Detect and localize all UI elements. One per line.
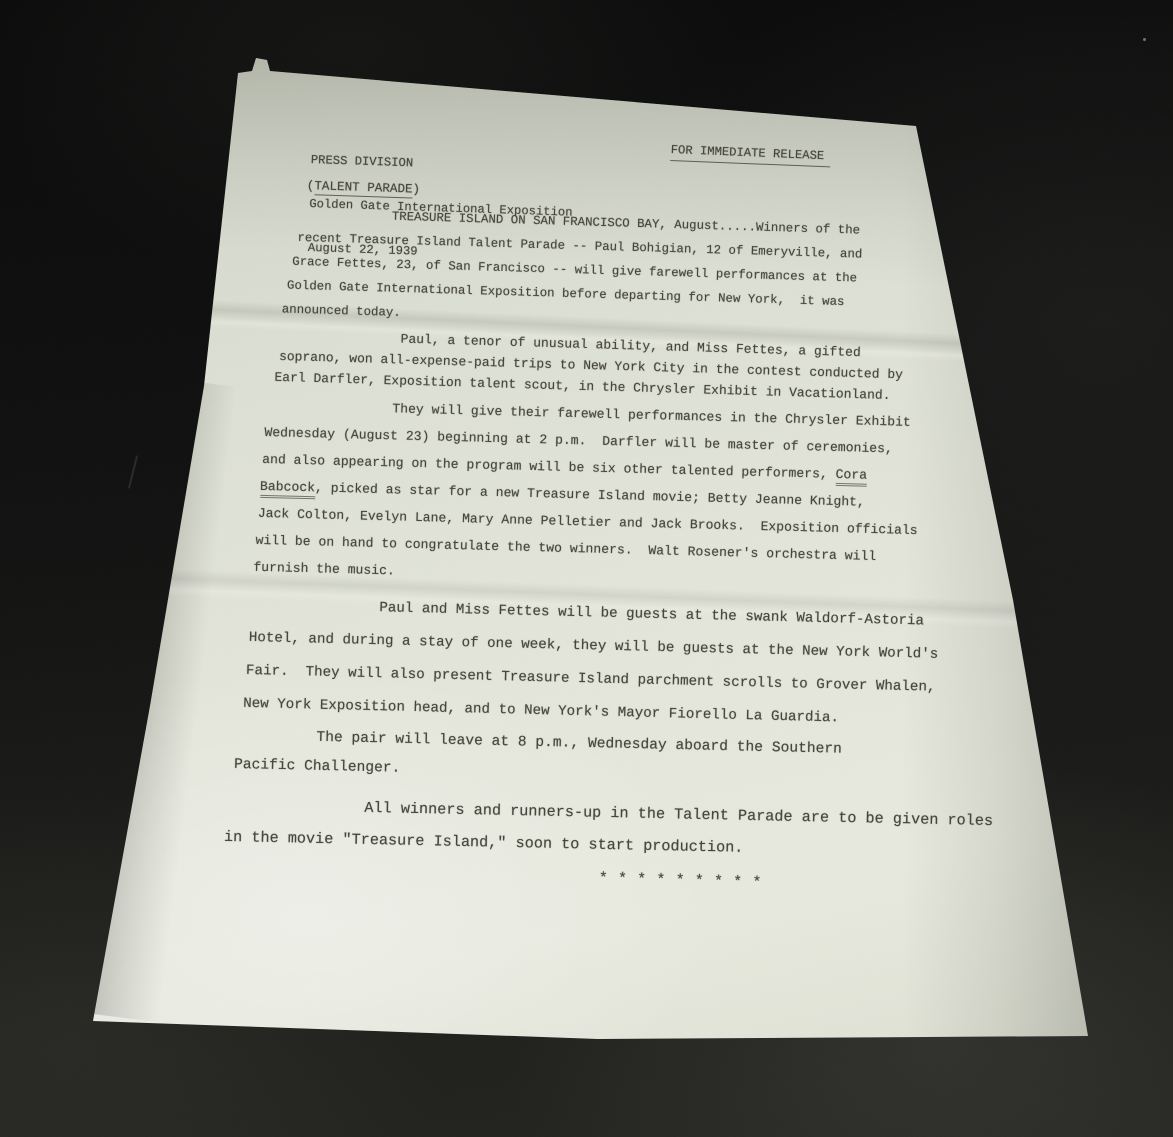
subject-slug: (TALENT PARADE) [307,179,421,197]
press-division-line: PRESS DIVISION [311,153,575,176]
paragraph-5: The pair will leave at 8 p.m., Wednesday… [237,722,842,794]
slug-close-paren: ) [412,183,420,197]
paragraph-6: All winners and runners-up in the Talent… [227,789,994,869]
text-segment: in the movie "Treasure Island," soon to … [224,828,744,857]
typewritten-text-layer: PRESS DIVISION Golden Gate International… [0,0,1173,1137]
photo-scene: PRESS DIVISION Golden Gate International… [0,0,1173,1137]
text-segment: Paul and Miss Fettes will be guests at t… [379,600,924,629]
paragraph-4: Paul and Miss Fettes will be guests at t… [249,589,940,738]
paragraph-3: They will give their farewell performanc… [262,392,921,598]
text-segment: Pacific Challenger. [234,757,401,777]
slug-title: TALENT PARADE [314,179,413,198]
paragraph-1: TREASURE ISLAND ON SAN FRANCISCO BAY, Au… [299,202,863,339]
slug-open-paren: ( [307,179,315,193]
underlined-text: Cora [835,467,867,487]
text-segment: The pair will leave at 8 p.m., Wednesday… [316,730,842,758]
underlined-text: Babcock [260,479,315,499]
for-immediate-release-label: FOR IMMEDIATE RELEASE [670,143,830,167]
text-segment: announced today. [282,302,401,320]
end-asterisks: * * * * * * * * * [599,870,763,892]
text-segment: New York Exposition head, and to New Yor… [243,696,839,727]
text-segment: furnish the music. [253,560,395,579]
